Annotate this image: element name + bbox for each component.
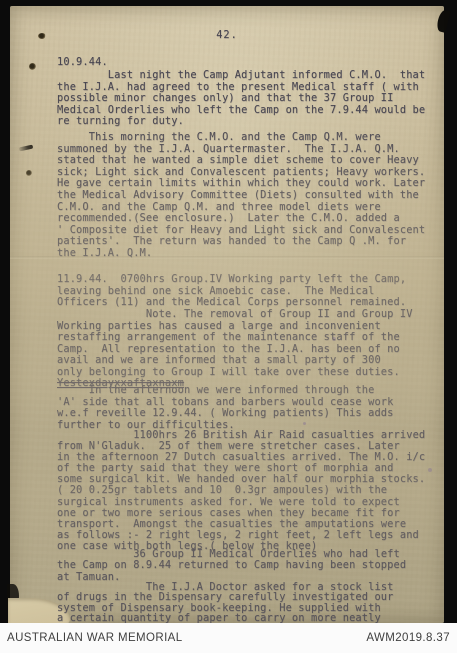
- item-id-label: AWM2019.8.37: [366, 632, 450, 644]
- paragraph-note-restaffing: Note. The removal of Group II and Group …: [57, 309, 435, 379]
- paragraph-diet-scheme: This morning the C.M.O. and the Camp Q.M…: [57, 132, 435, 260]
- paragraph-tobans-barbers: In the afternoon we were informed throug…: [57, 385, 435, 431]
- page-number: 42.: [10, 30, 444, 42]
- paragraph-camp-adjutant: Last night the Camp Adjutant informed C.…: [57, 70, 435, 128]
- paragraph-working-party-11-9-44: 11.9.44. 0700hrs Group.IV Working party …: [57, 274, 435, 309]
- archive-scan-view: 42. 10.9.44. Last night the Camp Adjutan…: [0, 0, 457, 653]
- paragraph-air-raid-casualties: 1100hrs 26 British Air Raid casualties a…: [57, 430, 435, 552]
- pencil-arrow-mark: [19, 145, 34, 152]
- paragraph-ija-doctor: The I.J.A Doctor asked for a stock list …: [57, 582, 435, 624]
- diary-page: 42. 10.9.44. Last night the Camp Adjutan…: [10, 6, 444, 623]
- institution-label: AUSTRALIAN WAR MEMORIAL: [7, 632, 183, 644]
- archive-caption-bar: AUSTRALIAN WAR MEMORIAL AWM2019.8.37: [0, 623, 457, 653]
- worm-hole-mark: [29, 63, 36, 70]
- worm-hole-mark: [26, 170, 32, 176]
- photo-background: 42. 10.9.44. Last night the Camp Adjutan…: [0, 0, 457, 623]
- paragraph-orderlies-return: 36 Group II Medical Orderlies who had le…: [57, 549, 435, 583]
- edge-damage-mark: [7, 584, 19, 608]
- entry-date-10-9-44: 10.9.44.: [57, 57, 435, 69]
